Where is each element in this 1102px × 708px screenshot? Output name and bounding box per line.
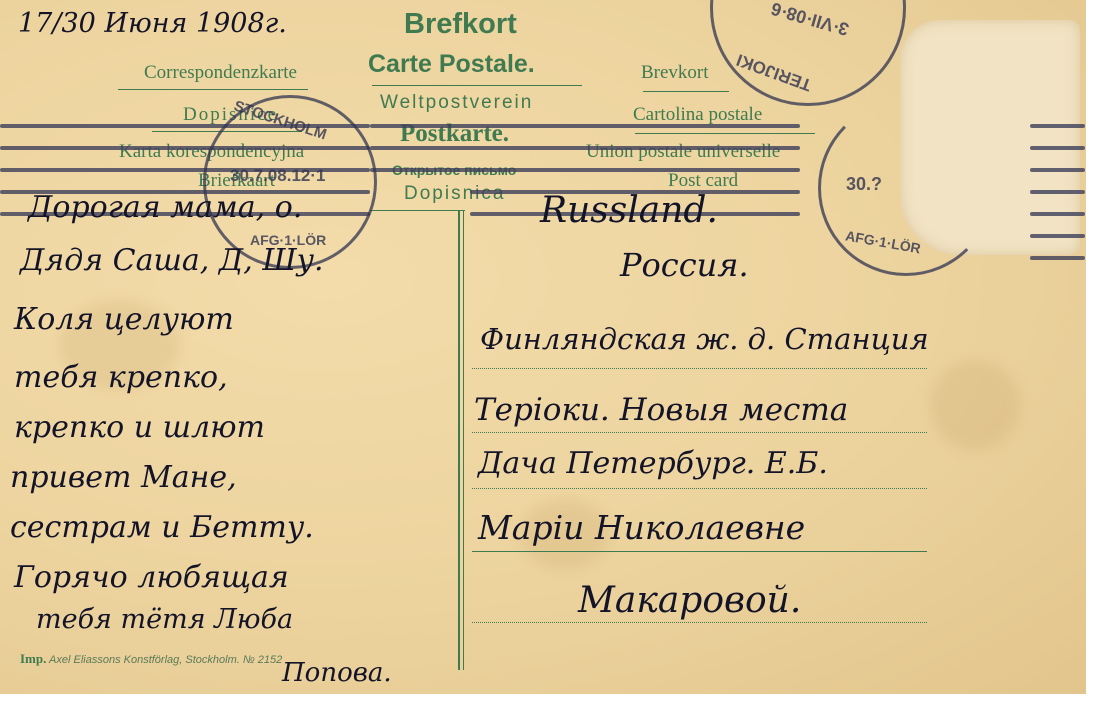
cancellation-bar	[1030, 256, 1085, 260]
cancellation-bar	[370, 146, 800, 150]
address-line-2: Терiоки. Новыя места	[474, 392, 848, 428]
label-brevkort: Brevkort	[641, 62, 709, 84]
cancellation-bar	[1030, 124, 1085, 128]
postcard: Brefkort Carte Postale. Weltpostverein P…	[0, 0, 1086, 694]
cancellation-bar	[370, 124, 800, 128]
message-line: тебя тётя Люба	[36, 604, 293, 635]
imprint-text: Axel Eliassons Konstförlag, Stockholm. №…	[49, 654, 282, 666]
label-correspondenzkarte: Correspondenzkarte	[144, 62, 297, 84]
postmark-date: 30.7.08.12·1	[230, 166, 325, 186]
divider-line	[118, 89, 308, 90]
title-carte-postale: Carte Postale.	[368, 50, 535, 79]
address-line-1: Финляндская ж. д. Станция	[480, 322, 929, 356]
divider-line	[370, 210, 465, 211]
postmark-date: 30.?	[846, 174, 882, 195]
cancellation-bar	[1030, 146, 1085, 150]
address-country-ru: Россия.	[620, 246, 749, 284]
divider-line	[643, 91, 729, 92]
address-line	[472, 622, 927, 623]
recipient-surname: Макаровой.	[578, 580, 801, 621]
address-line	[472, 432, 927, 433]
publisher-imprint: Imp. Axel Eliassons Konstförlag, Stockho…	[20, 651, 282, 667]
label-union-postale: Union postale universelle	[586, 141, 780, 163]
label-cartolina-postale: Cartolina postale	[633, 104, 762, 126]
address-line	[472, 488, 927, 489]
message-line: Коля целуют	[14, 302, 234, 337]
label-post-card: Post card	[668, 170, 738, 192]
label-dopisnica: Dopisnica	[404, 183, 505, 205]
handwritten-date: 17/30 Июня 1908г.	[18, 8, 287, 39]
address-line-3: Дача Петербург. Е.Б.	[478, 446, 828, 481]
address-line	[472, 368, 927, 369]
vertical-divider	[458, 210, 464, 670]
imprint-prefix: Imp.	[20, 651, 46, 666]
message-line: Дядя Саша, Д, Шу.	[20, 243, 324, 278]
cancellation-bar	[370, 168, 800, 172]
title-brefkort: Brefkort	[404, 8, 517, 41]
message-line: Горячо любящая	[14, 560, 289, 595]
message-line: крепко и шлют	[14, 410, 265, 445]
message-line: привет Мане,	[10, 460, 237, 495]
stain	[930, 360, 1020, 450]
divider-line	[372, 85, 582, 86]
cancellation-bar	[1030, 190, 1085, 194]
message-line: Дорогая мама, о.	[28, 190, 302, 225]
message-line: сестрам и Бетту.	[10, 510, 314, 545]
signature: Попова.	[282, 658, 392, 688]
address-country-de: Russland.	[540, 190, 718, 231]
cancellation-bar	[1030, 234, 1085, 238]
recipient-name: Марiи Николаевне	[478, 508, 805, 547]
label-weltpostverein: Weltpostverein	[380, 92, 533, 114]
cancellation-bar	[1030, 212, 1085, 216]
address-line	[472, 551, 927, 552]
message-line: тебя крепко,	[14, 360, 228, 395]
cancellation-bar	[1030, 168, 1085, 172]
divider-line	[635, 133, 815, 134]
